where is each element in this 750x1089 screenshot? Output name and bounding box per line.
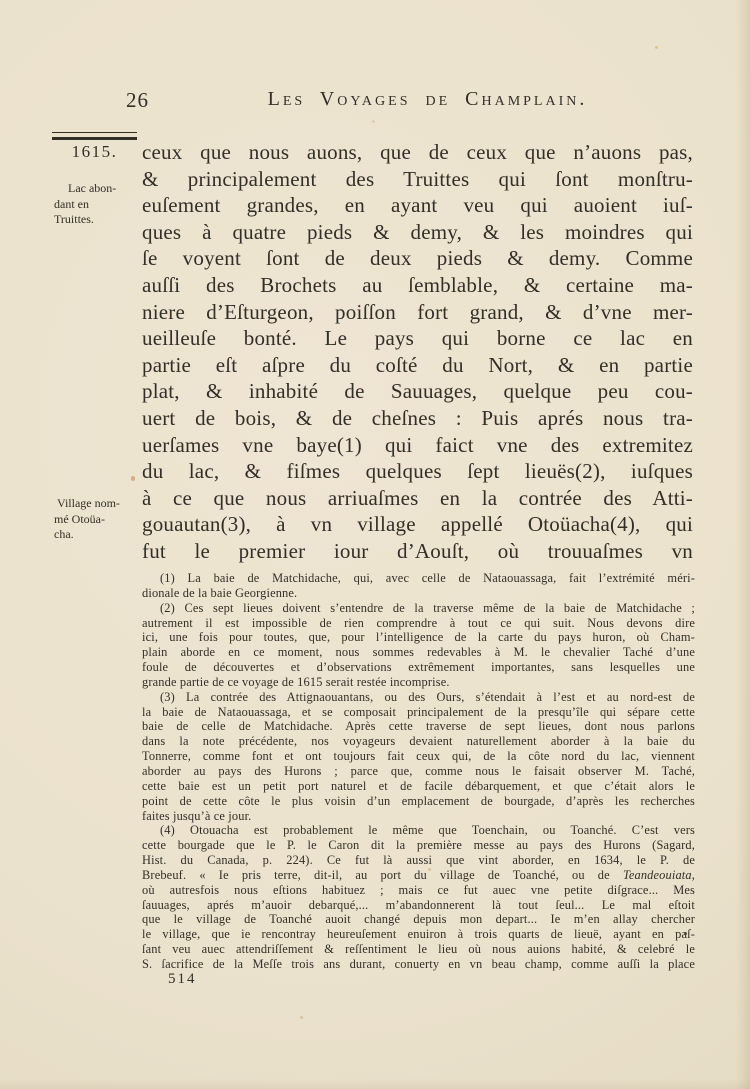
footnote-line: baie de celle de Matchidache. Après cett… bbox=[142, 719, 695, 734]
margin-note-village-otouacha: Village nom-mé Otoüa-cha. bbox=[54, 496, 146, 543]
main-text-line: à ce que nous arriuaſmes en la contrée d… bbox=[142, 485, 693, 512]
main-text-line: ques à quatre pieds & demy, & les moindr… bbox=[142, 219, 693, 246]
main-text-line: plat, & inhabité de Sauuages, quelque pe… bbox=[142, 378, 693, 405]
footnote-line: (3) La contrée des Attignaouantans, ou d… bbox=[142, 690, 695, 705]
signature-mark: 514 bbox=[168, 971, 197, 988]
main-text-line: uerſames vne baye(1) qui faict vne des e… bbox=[142, 432, 693, 459]
footnote-line: (4) Otouacha est probablement le même qu… bbox=[142, 823, 695, 838]
paper-speck bbox=[372, 120, 375, 123]
footnote-line: dans la note précédente, nos voyageurs d… bbox=[142, 734, 695, 749]
footnote-line: ſauuages, aprés m’auoir debarqué,... m’a… bbox=[142, 898, 695, 913]
main-text-line: ueilleuſe bonté. Le pays qui borne ce la… bbox=[142, 325, 693, 352]
footnote-line: faites jusqu’à ce jour. bbox=[142, 809, 695, 824]
main-text-line: gouautan(3), à vn village appellé Otoüac… bbox=[142, 511, 693, 538]
footnotes-block: (1) La baie de Matchidache, qui, avec ce… bbox=[142, 571, 695, 972]
main-text-line: niere d’Eſturgeon, poiſſon fort grand, &… bbox=[142, 299, 693, 326]
margin-note-line: Village nom- bbox=[54, 496, 146, 512]
page-number: 26 bbox=[126, 88, 149, 113]
footnote-line: la baie de Nataouassaga, et se composait… bbox=[142, 705, 695, 720]
margin-note-line: Lac abon- bbox=[54, 181, 146, 197]
main-text-line: partie eſt aſpre du coſté du Nort, & en … bbox=[142, 352, 693, 379]
footnote: (1) La baie de Matchidache, qui, avec ce… bbox=[142, 571, 695, 601]
footnote: (2) Ces sept lieues doivent s’entendre d… bbox=[142, 601, 695, 690]
margin-note-line: cha. bbox=[54, 527, 146, 543]
footnote-line: foule de découvertes et d’observations e… bbox=[142, 660, 695, 675]
main-text-block: ceux que nous auons, que de ceux que n’a… bbox=[142, 139, 693, 565]
footnote-line: autrement il est impossible de rien comp… bbox=[142, 616, 695, 631]
main-text-line: euſement grandes, en ayant veu qui auoie… bbox=[142, 192, 693, 219]
paper-speck bbox=[655, 46, 658, 49]
main-text-line: uert de bois, & de cheſnes : Puis aprés … bbox=[142, 405, 693, 432]
margin-year-rule bbox=[52, 132, 137, 140]
main-text-line: auſſi des Brochets au ſemblable, & certa… bbox=[142, 272, 693, 299]
footnote-line: S. ſacrifice de la Meſſe trois ans duran… bbox=[142, 957, 695, 972]
margin-note-lac-truittes: Lac abon-dant enTruittes. bbox=[54, 181, 146, 228]
footnote-line: ici, une fois pour toutes, que, pour l’i… bbox=[142, 630, 695, 645]
running-title: Les Voyages de Champlain. bbox=[160, 88, 695, 111]
margin-note-line: Truittes. bbox=[54, 212, 146, 228]
paper-speck bbox=[300, 1016, 303, 1019]
footnote-line: grande partie de ce voyage de 1615 serai… bbox=[142, 675, 695, 690]
main-text-line: ſe voyent ſont de deux pieds & demy. Com… bbox=[142, 245, 693, 272]
footnote-line: que le village de Toanché auoit changé d… bbox=[142, 912, 695, 927]
footnote-line: cette baie est un petit port naturel et … bbox=[142, 779, 695, 794]
footnote-line: le village, que ie rencontray heureuſeme… bbox=[142, 927, 695, 942]
book-page: 26 Les Voyages de Champlain. 1615. Lac a… bbox=[0, 0, 750, 1089]
margin-year: 1615. bbox=[52, 142, 137, 162]
main-text-line: fut le premier iour d’Aouſt, où trouuaſm… bbox=[142, 538, 693, 565]
margin-note-line: dant en bbox=[54, 197, 146, 213]
footnote: (4) Otouacha est probablement le même qu… bbox=[142, 823, 695, 971]
footnote-line: Tonnerre, comme font et ont toujours fai… bbox=[142, 749, 695, 764]
main-text-line: du lac, & fiſmes quelques ſept lieuës(2)… bbox=[142, 458, 693, 485]
margin-note-line: mé Otoüa- bbox=[54, 512, 146, 528]
footnote-line: aborder au pays des Hurons ; parce que, … bbox=[142, 764, 695, 779]
footnote-line: ſant veu auec attendriſſement & reſſenti… bbox=[142, 942, 695, 957]
main-text-line: & principalement des Truittes qui ſont m… bbox=[142, 166, 693, 193]
footnote-line: (1) La baie de Matchidache, qui, avec ce… bbox=[142, 571, 695, 586]
footnote-line: où autresfois nous eſtions habituez ; ma… bbox=[142, 883, 695, 898]
footnote-line: cette bourgade que le P. le Caron dit la… bbox=[142, 838, 695, 853]
footnote-line: Hist. du Canada, p. 224). Ce fut là auss… bbox=[142, 853, 695, 868]
footnote-line: plain aborde en ce moment, nous sommes r… bbox=[142, 645, 695, 660]
footnote-line: dionale de la baie Georgienne. bbox=[142, 586, 695, 601]
footnote-line: point de cette côte le plus voisin d’un … bbox=[142, 794, 695, 809]
main-text-line: ceux que nous auons, que de ceux que n’a… bbox=[142, 139, 693, 166]
paper-speck bbox=[131, 476, 135, 481]
footnote-line: (2) Ces sept lieues doivent s’entendre d… bbox=[142, 601, 695, 616]
footnote-line: Brebeuf. « Ie pris terre, dit-il, au por… bbox=[142, 868, 695, 883]
footnote: (3) La contrée des Attignaouantans, ou d… bbox=[142, 690, 695, 824]
